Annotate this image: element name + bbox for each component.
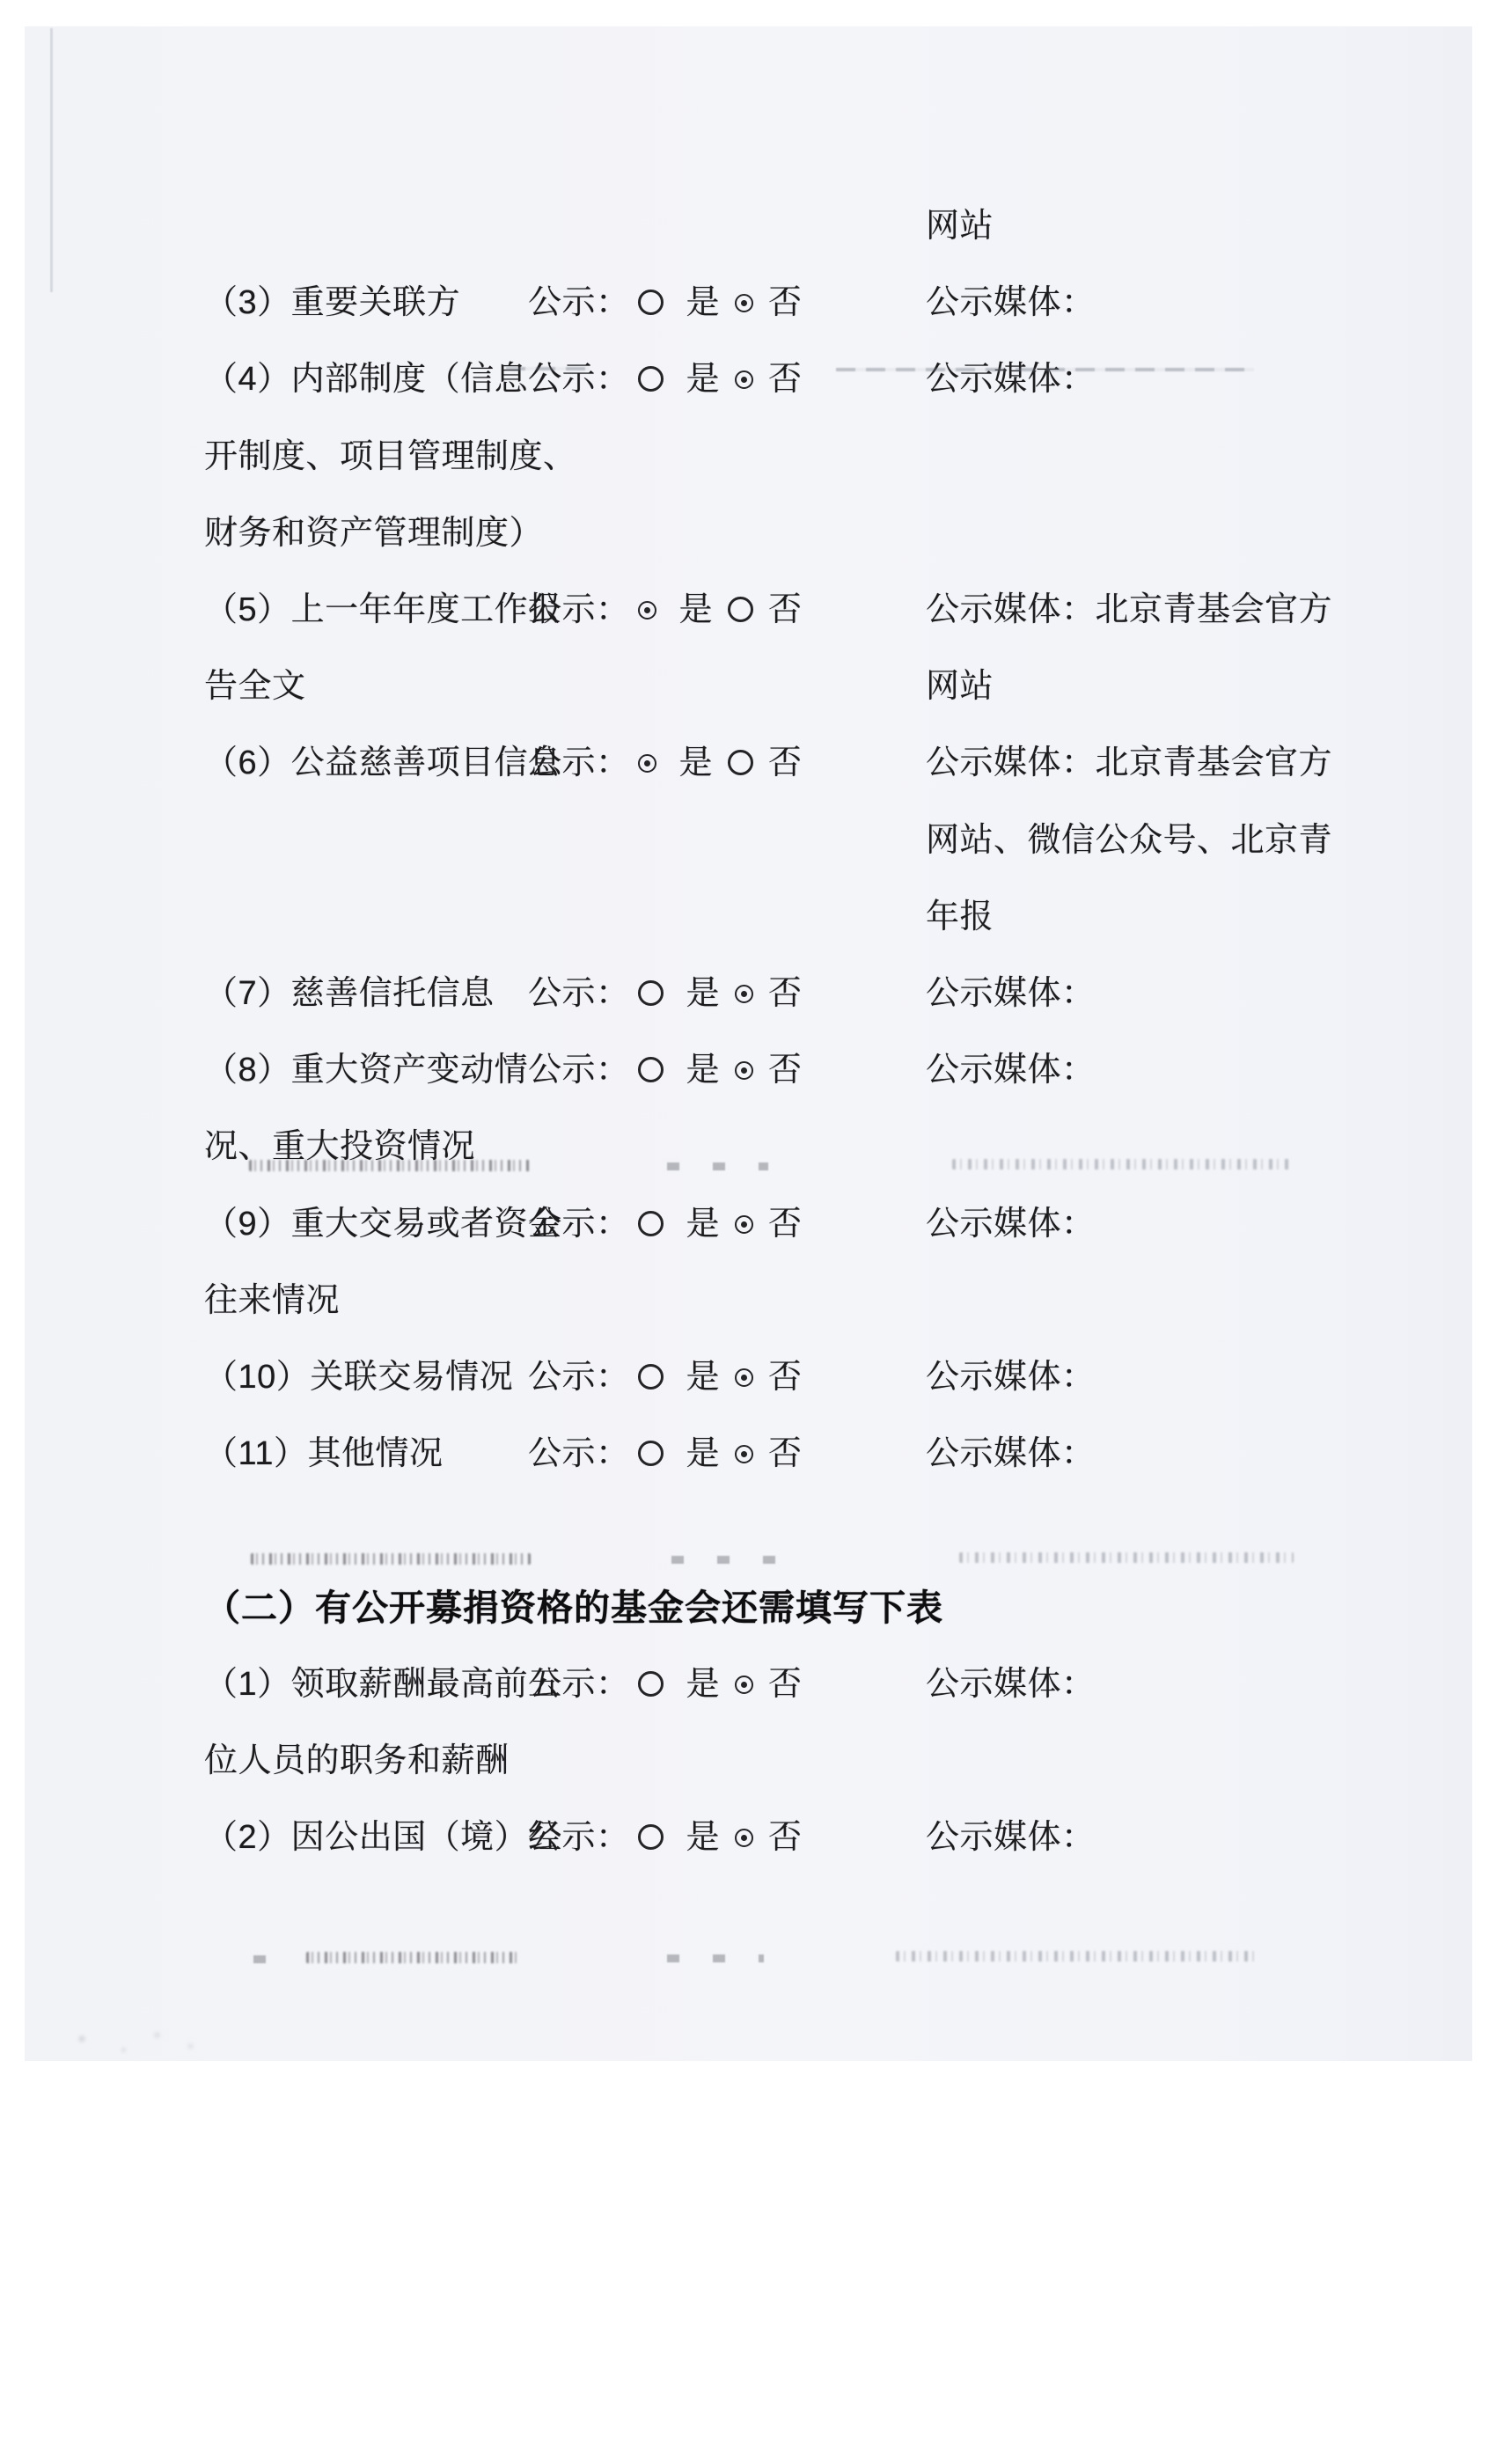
form-row: 年报 — [0, 898, 1496, 941]
row-label: （10）关联交易情况 — [204, 1359, 513, 1396]
option-no-label: 否 — [768, 1206, 803, 1243]
publicity-group: 公示：是否 — [528, 1206, 803, 1243]
publicity-group: 公示：是否 — [528, 1819, 803, 1856]
option-no-label: 否 — [768, 284, 803, 321]
form-row: 网站 — [0, 208, 1496, 250]
form-row: （4）内部制度（信息公公示：是否公示媒体： — [0, 361, 1496, 403]
radio-no-selected-icon — [735, 1676, 753, 1694]
radio-yes-unselected-icon — [638, 980, 664, 1006]
section-heading: （二）有公开募捐资格的基金会还需填写下表 — [204, 1588, 943, 1628]
publicity-prefix-label: 公示： — [528, 1819, 630, 1856]
media-continuation: 网站 — [926, 668, 994, 705]
form-row: 开制度、项目管理制度、 — [0, 438, 1496, 480]
publicity-group: 公示：是否 — [528, 284, 803, 321]
publicity-prefix-label: 公示： — [528, 1052, 630, 1089]
option-no-label: 否 — [768, 1666, 803, 1703]
radio-dot-icon — [741, 991, 747, 997]
row-label: 往来情况 — [204, 1282, 340, 1319]
row-label: （2）因公出国（境）经 — [204, 1819, 562, 1856]
media-label: 公示媒体： — [926, 1819, 1096, 1856]
form-row: （7）慈善信托信息公示：是否公示媒体： — [0, 975, 1496, 1017]
publicity-group: 公示：是否 — [528, 1052, 803, 1089]
row-label: （9）重大交易或者资金 — [204, 1206, 562, 1243]
option-yes-label: 是 — [686, 1666, 721, 1703]
media-label: 公示媒体：北京青基会官方 — [926, 591, 1332, 628]
option-no-label: 否 — [768, 591, 803, 628]
publicity-prefix-label: 公示： — [528, 1666, 630, 1703]
form-row: （8）重大资产变动情公示：是否公示媒体： — [0, 1052, 1496, 1094]
radio-yes-unselected-icon — [638, 1671, 664, 1697]
row-label: （1）领取薪酬最高前五 — [204, 1666, 562, 1703]
row-label: （5）上一年年度工作报 — [204, 591, 562, 628]
publicity-group: 公示：是否 — [528, 591, 803, 628]
radio-yes-selected-icon — [638, 601, 656, 620]
radio-yes-unselected-icon — [638, 1364, 664, 1390]
publicity-prefix-label: 公示： — [528, 1435, 630, 1472]
option-no-label: 否 — [768, 744, 803, 781]
form-row: 财务和资产管理制度） — [0, 515, 1496, 557]
media-label: 公示媒体： — [926, 1666, 1096, 1703]
radio-no-selected-icon — [735, 1445, 753, 1463]
form-row: （3）重要关联方公示：是否公示媒体： — [0, 284, 1496, 326]
publicity-group: 公示：是否 — [528, 744, 803, 781]
media-label: 公示媒体： — [926, 1206, 1096, 1243]
form-lines: 网站（3）重要关联方公示：是否公示媒体：（4）内部制度（信息公公示：是否公示媒体… — [0, 0, 1496, 2464]
option-no-label: 否 — [768, 1435, 803, 1472]
radio-no-selected-icon — [735, 1061, 753, 1080]
form-row: （11）其他情况公示：是否公示媒体： — [0, 1435, 1496, 1478]
media-continuation: 年报 — [926, 898, 994, 935]
section-heading-row: （二）有公开募捐资格的基金会还需填写下表 — [0, 1589, 1496, 1632]
radio-no-selected-icon — [735, 370, 753, 389]
row-label: （6）公益慈善项目信息 — [204, 744, 562, 781]
publicity-prefix-label: 公示： — [528, 361, 630, 398]
form-row: （9）重大交易或者资金公示：是否公示媒体： — [0, 1206, 1496, 1248]
media-label: 公示媒体： — [926, 1435, 1096, 1472]
radio-yes-unselected-icon — [638, 366, 664, 392]
row-label: （11）其他情况 — [204, 1435, 443, 1472]
radio-no-selected-icon — [735, 985, 753, 1003]
media-label: 公示媒体： — [926, 284, 1096, 321]
publicity-prefix-label: 公示： — [528, 1359, 630, 1396]
publicity-group: 公示：是否 — [528, 361, 803, 398]
option-no-label: 否 — [768, 975, 803, 1012]
radio-dot-icon — [741, 1682, 747, 1688]
publicity-group: 公示：是否 — [528, 1435, 803, 1472]
form-row: （1）领取薪酬最高前五公示：是否公示媒体： — [0, 1666, 1496, 1708]
radio-yes-unselected-icon — [638, 1211, 664, 1236]
radio-dot-icon — [644, 760, 650, 766]
scanned-document: { "page": { "background": "#f3f4f8", "ca… — [0, 0, 1496, 2464]
media-label: 公示媒体： — [926, 975, 1096, 1012]
option-yes-label: 是 — [679, 744, 714, 781]
media-continuation: 网站、微信公众号、北京青 — [926, 822, 1332, 859]
row-label: 位人员的职务和薪酬 — [204, 1742, 510, 1779]
radio-dot-icon — [644, 607, 650, 613]
option-yes-label: 是 — [686, 1435, 721, 1472]
row-label: （8）重大资产变动情 — [204, 1052, 528, 1089]
radio-no-selected-icon — [735, 294, 753, 312]
form-row: 告全文网站 — [0, 668, 1496, 710]
radio-dot-icon — [741, 1221, 747, 1228]
radio-dot-icon — [741, 1375, 747, 1381]
form-row: （5）上一年年度工作报公示：是否公示媒体：北京青基会官方 — [0, 591, 1496, 634]
option-no-label: 否 — [768, 1359, 803, 1396]
row-label: （7）慈善信托信息 — [204, 975, 495, 1012]
publicity-prefix-label: 公示： — [528, 284, 630, 321]
form-row: 网站、微信公众号、北京青 — [0, 822, 1496, 864]
row-label: （3）重要关联方 — [204, 284, 460, 321]
radio-no-unselected-icon — [728, 750, 753, 775]
radio-dot-icon — [741, 1451, 747, 1457]
form-row: （10）关联交易情况公示：是否公示媒体： — [0, 1359, 1496, 1401]
radio-dot-icon — [741, 377, 747, 383]
radio-dot-icon — [741, 1067, 747, 1074]
publicity-prefix-label: 公示： — [528, 744, 630, 781]
radio-no-selected-icon — [735, 1368, 753, 1387]
radio-yes-unselected-icon — [638, 290, 664, 315]
row-label: 告全文 — [204, 668, 306, 705]
media-label: 公示媒体： — [926, 1052, 1096, 1089]
option-yes-label: 是 — [686, 361, 721, 398]
radio-yes-unselected-icon — [638, 1824, 664, 1850]
row-label: 况、重大投资情况 — [204, 1128, 475, 1165]
option-yes-label: 是 — [679, 591, 714, 628]
radio-no-selected-icon — [735, 1829, 753, 1847]
radio-yes-unselected-icon — [638, 1441, 664, 1466]
publicity-group: 公示：是否 — [528, 975, 803, 1012]
row-label: （4）内部制度（信息公 — [204, 361, 562, 398]
radio-dot-icon — [741, 300, 747, 306]
option-yes-label: 是 — [686, 1819, 721, 1856]
option-no-label: 否 — [768, 1052, 803, 1089]
form-row: （6）公益慈善项目信息公示：是否公示媒体：北京青基会官方 — [0, 744, 1496, 787]
publicity-prefix-label: 公示： — [528, 591, 630, 628]
option-yes-label: 是 — [686, 1359, 721, 1396]
option-yes-label: 是 — [686, 284, 721, 321]
publicity-group: 公示：是否 — [528, 1359, 803, 1396]
radio-yes-unselected-icon — [638, 1057, 664, 1082]
radio-yes-selected-icon — [638, 754, 656, 773]
row-label: 开制度、项目管理制度、 — [204, 438, 577, 475]
publicity-group: 公示：是否 — [528, 1666, 803, 1703]
publicity-prefix-label: 公示： — [528, 975, 630, 1012]
option-yes-label: 是 — [686, 1052, 721, 1089]
radio-no-selected-icon — [735, 1215, 753, 1234]
publicity-prefix-label: 公示： — [528, 1206, 630, 1243]
form-row: 往来情况 — [0, 1282, 1496, 1324]
row-label: 财务和资产管理制度） — [204, 515, 543, 552]
media-label: 公示媒体： — [926, 361, 1096, 398]
option-yes-label: 是 — [686, 975, 721, 1012]
option-no-label: 否 — [768, 361, 803, 398]
form-row: （2）因公出国（境）经公示：是否公示媒体： — [0, 1819, 1496, 1861]
media-label: 公示媒体： — [926, 1359, 1096, 1396]
radio-no-unselected-icon — [728, 597, 753, 622]
media-label: 公示媒体：北京青基会官方 — [926, 744, 1332, 781]
form-row: 位人员的职务和薪酬 — [0, 1742, 1496, 1785]
option-no-label: 否 — [768, 1819, 803, 1856]
form-row: 况、重大投资情况 — [0, 1128, 1496, 1170]
radio-dot-icon — [741, 1835, 747, 1841]
option-yes-label: 是 — [686, 1206, 721, 1243]
media-continuation: 网站 — [926, 208, 994, 245]
